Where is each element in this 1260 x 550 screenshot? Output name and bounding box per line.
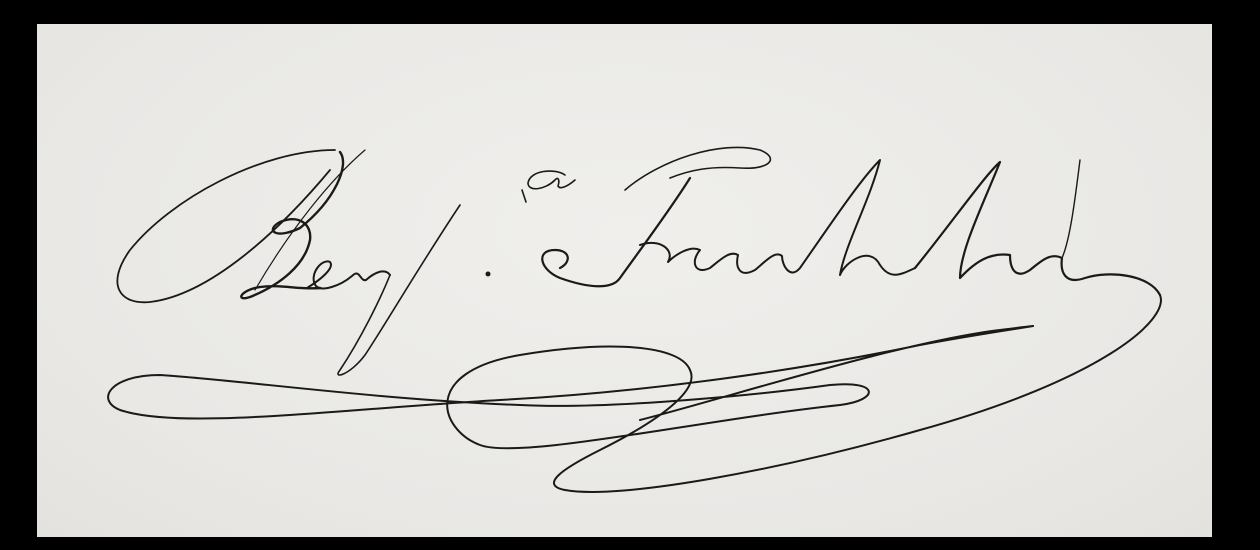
signature-drawing — [0, 0, 1260, 550]
